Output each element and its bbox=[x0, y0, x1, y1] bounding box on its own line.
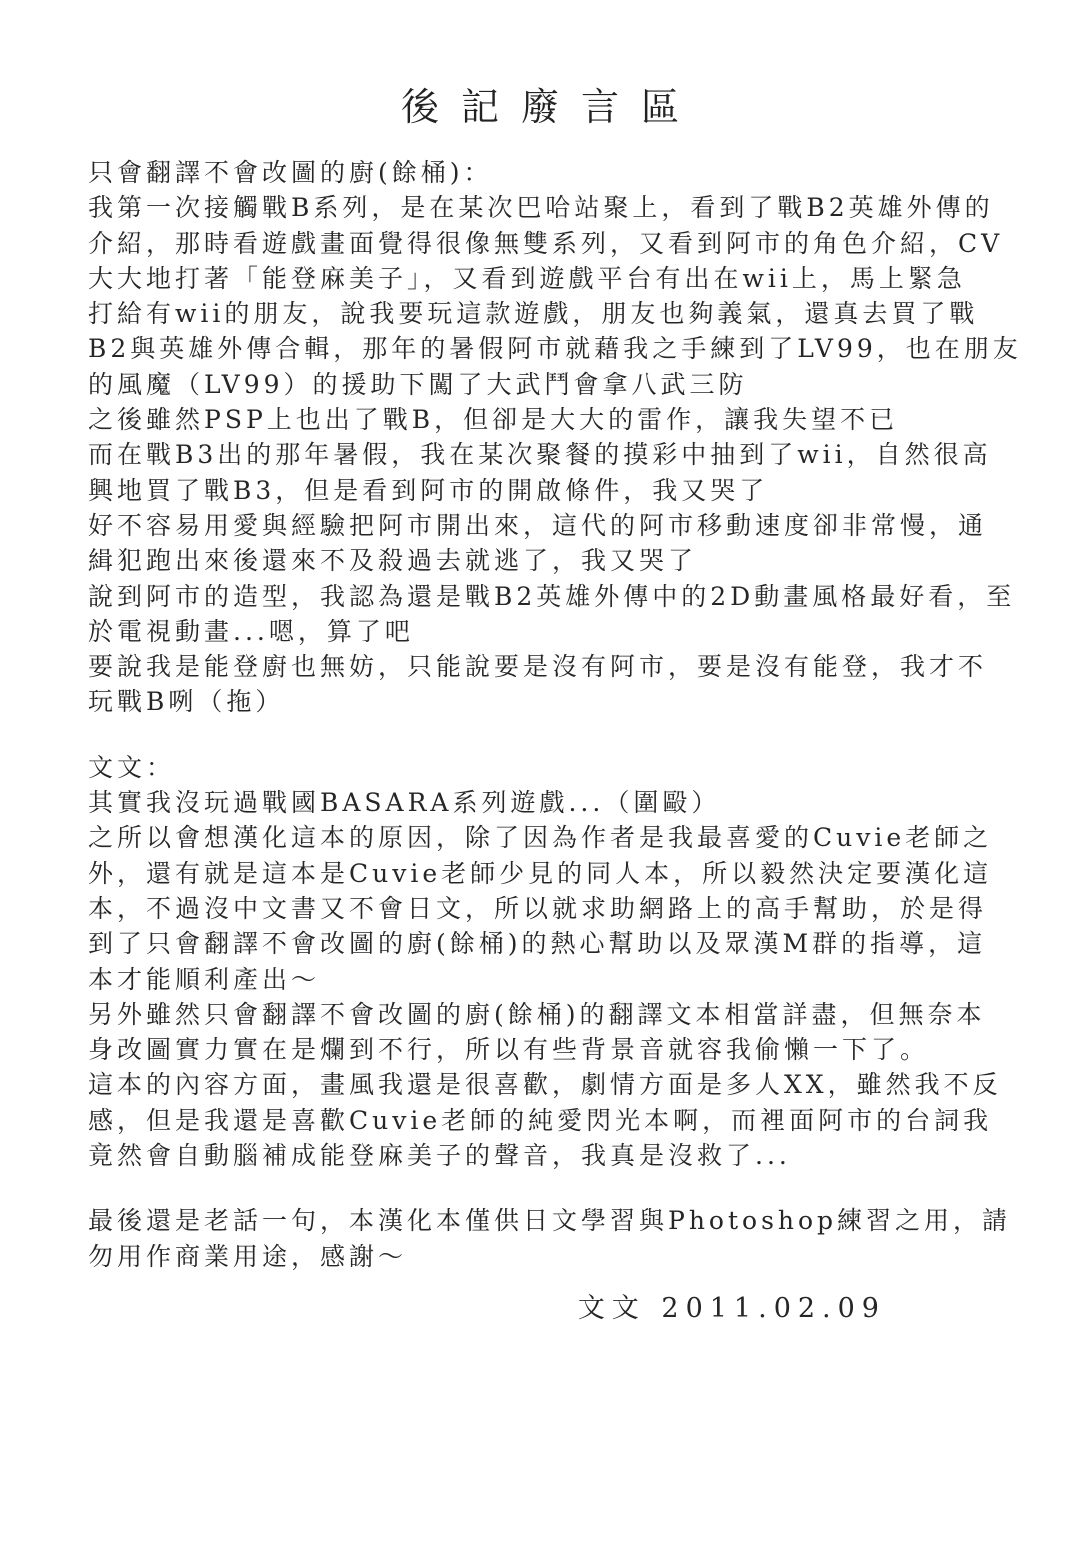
text-line: 這本的內容方面，畫風我還是很喜歡，劇情方面是多人XX，雖然我不反 bbox=[88, 1067, 998, 1102]
text-line: B2與英雄外傳合輯，那年的暑假阿市就藉我之手練到了LV99，也在朋友 bbox=[88, 331, 998, 366]
text-line: 之後雖然PSP上也出了戰B，但卻是大大的雷作，讓我失望不已 bbox=[88, 402, 998, 437]
text-line: 介紹，那時看遊戲畫面覺得很像無雙系列，又看到阿市的角色介紹，CV bbox=[88, 226, 998, 261]
section-wenwen-note: 文文：其實我沒玩過戰國BASARA系列遊戲...（圍毆）之所以會想漢化這本的原因… bbox=[88, 750, 998, 1174]
text-line: 的風魔（LV99）的援助下闖了大武鬥會拿八武三防 bbox=[88, 367, 998, 402]
text-line: 玩戰B咧（拖） bbox=[88, 684, 998, 719]
text-line: 文文： bbox=[88, 750, 998, 785]
text-line: 其實我沒玩過戰國BASARA系列遊戲...（圍毆） bbox=[88, 785, 998, 820]
text-line: 本才能順利產出～ bbox=[88, 962, 998, 997]
text-line: 之所以會想漢化這本的原因，除了因為作者是我最喜愛的Cuvie老師之 bbox=[88, 820, 998, 855]
section-disclaimer: 最後還是老話一句，本漢化本僅供日文學習與Photoshop練習之用，請勿用作商業… bbox=[88, 1203, 998, 1274]
text-line: 說到阿市的造型，我認為還是戰B2英雄外傳中的2D動畫風格最好看，至 bbox=[88, 579, 998, 614]
text-line: 而在戰B3出的那年暑假，我在某次聚餐的摸彩中抽到了wii，自然很高 bbox=[88, 437, 998, 472]
text-line: 另外雖然只會翻譯不會改圖的廚(餘桶)的翻譯文本相當詳盡，但無奈本 bbox=[88, 997, 998, 1032]
page-content: 只會翻譯不會改圖的廚(餘桶)：我第一次接觸戰B系列，是在某次巴哈站聚上，看到了戰… bbox=[88, 155, 998, 1325]
text-line: 外，還有就是這本是Cuvie老師少見的同人本，所以毅然決定要漢化這 bbox=[88, 856, 998, 891]
section-translator-note: 只會翻譯不會改圖的廚(餘桶)：我第一次接觸戰B系列，是在某次巴哈站聚上，看到了戰… bbox=[88, 155, 998, 720]
text-line: 緝犯跑出來後還來不及殺過去就逃了，我又哭了 bbox=[88, 543, 998, 578]
signature: 文文 2011.02.09 bbox=[88, 1286, 998, 1325]
text-line: 勿用作商業用途，感謝～ bbox=[88, 1239, 998, 1274]
text-line: 到了只會翻譯不會改圖的廚(餘桶)的熱心幫助以及眾漢M群的指導，這 bbox=[88, 926, 998, 961]
text-line: 本，不過沒中文書又不會日文，所以就求助網路上的高手幫助，於是得 bbox=[88, 891, 998, 926]
text-line: 打給有wii的朋友，說我要玩這款遊戲，朋友也夠義氣，還真去買了戰 bbox=[88, 296, 998, 331]
text-line: 竟然會自動腦補成能登麻美子的聲音，我真是沒救了... bbox=[88, 1138, 998, 1173]
text-line: 只會翻譯不會改圖的廚(餘桶)： bbox=[88, 155, 998, 190]
text-line: 我第一次接觸戰B系列，是在某次巴哈站聚上，看到了戰B2英雄外傳的 bbox=[88, 190, 998, 225]
text-line: 最後還是老話一句，本漢化本僅供日文學習與Photoshop練習之用，請 bbox=[88, 1203, 998, 1238]
text-line: 身改圖實力實在是爛到不行，所以有些背景音就容我偷懶一下了。 bbox=[88, 1032, 998, 1067]
page-title: 後記廢言區 bbox=[0, 76, 1080, 131]
text-line: 興地買了戰B3，但是看到阿市的開啟條件，我又哭了 bbox=[88, 473, 998, 508]
afterword-page: 後記廢言區 只會翻譯不會改圖的廚(餘桶)：我第一次接觸戰B系列，是在某次巴哈站聚… bbox=[0, 0, 1080, 1549]
text-line: 大大地打著「能登麻美子」，又看到遊戲平台有出在wii上，馬上緊急 bbox=[88, 261, 998, 296]
text-line: 好不容易用愛與經驗把阿市開出來，這代的阿市移動速度卻非常慢，通 bbox=[88, 508, 998, 543]
text-line: 感，但是我還是喜歡Cuvie老師的純愛閃光本啊，而裡面阿市的台詞我 bbox=[88, 1103, 998, 1138]
text-line: 於電視動畫...嗯，算了吧 bbox=[88, 614, 998, 649]
text-line: 要說我是能登廚也無妨，只能說要是沒有阿市，要是沒有能登，我才不 bbox=[88, 649, 998, 684]
